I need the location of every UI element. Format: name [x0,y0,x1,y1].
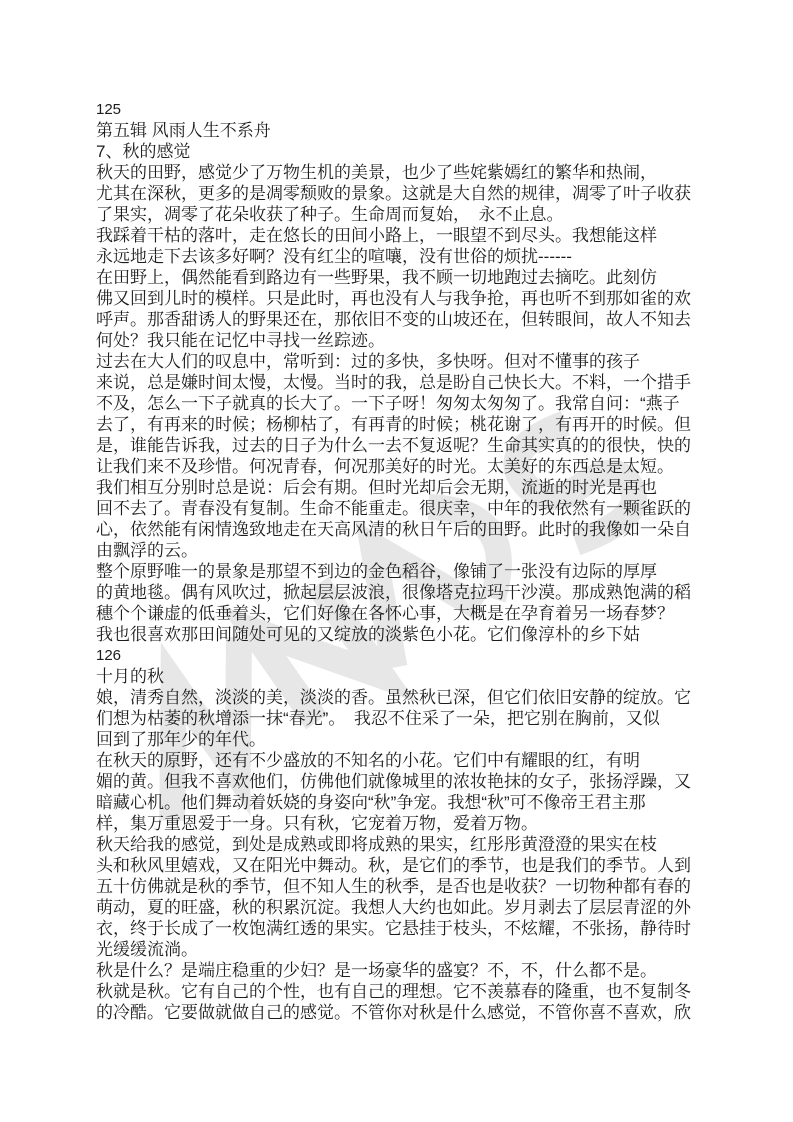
text-line: 心，依然能有闲情逸致地走在天高风清的秋日午后的田野。此时的我像如一朵自 [96,519,756,540]
page-number: 125 [96,99,756,120]
text-line: 样，集万重恩爱于一身。只有秋，它宠着万物，爱着万物。 [96,813,756,834]
article-title: 7、秋的感觉 [96,141,756,162]
text-line: 由飘浮的云。 [96,540,756,561]
text-line: 秋天的田野，感觉少了万物生机的美景，也少了些姹紫嫣红的繁华和热闹， [96,162,756,183]
text-line: 我们相互分别时总是说：后会有期。但时光却后会无期，流逝的时光是再也 [96,477,756,498]
text-line: 衣，终于长成了一枚饱满红透的果实。它悬挂于枝头，不炫耀，不张扬，静待时 [96,918,756,939]
document-page: 125第五辑 风雨人生不系舟7、秋的感觉秋天的田野，感觉少了万物生机的美景，也少… [0,0,793,1122]
section-title: 十月的秋 [96,666,756,687]
text-line: 穗个个谦虚的低垂着头，它们好像在各怀心事，大概是在孕育着另一场春梦？ [96,603,756,624]
text-line: 秋天给我的感觉，到处是成熟或即将成熟的果实，红彤彤黄澄澄的果实在枝 [96,834,756,855]
text-line: 在秋天的原野，还有不少盛放的不知名的小花。它们中有耀眼的红，有明 [96,750,756,771]
text-line: 我踩着干枯的落叶，走在悠长的田间小路上，一眼望不到尽头。我想能这样 [96,225,756,246]
text-line: 的冷酷。它要做就做自己的感觉。不管你对秋是什么感觉，不管你喜不喜欢，欣 [96,1002,756,1023]
text-line: 萌动，夏的旺盛，秋的积累沉淀。我想人大约也如此。岁月剥去了层层青涩的外 [96,897,756,918]
text-line: 秋就是秋。它有自己的个性，也有自己的理想。它不羡慕春的隆重，也不复制冬 [96,981,756,1002]
text-line: 了果实，凋零了花朵收获了种子。生命周而复始， 永不止息。 [96,204,756,225]
text-line: 过去在大人们的叹息中，常听到：过的多快，多快呀。但对不懂事的孩子 [96,351,756,372]
text-line: 佛又回到儿时的模样。只是此时，再也没有人与我争抢，再也听不到那如雀的欢 [96,288,756,309]
text-line: 尤其在深秋，更多的是凋零颓败的景象。这就是大自然的规律，凋零了叶子收获 [96,183,756,204]
text-line: 五十仿佛就是秋的季节，但不知人生的秋季，是否也是收获？一切物种都有春的 [96,876,756,897]
text-line: 头和秋风里嬉戏，又在阳光中舞动。秋，是它们的季节，也是我们的季节。人到 [96,855,756,876]
text-line: 我也很喜欢那田间随处可见的又绽放的淡紫色小花。它们像淳朴的乡下姑 [96,624,756,645]
text-line: 回到了那年少的年代。 [96,729,756,750]
text-line: 光缓缓流淌。 [96,939,756,960]
text-line: 永远地走下去该多好啊？没有红尘的喧嚷，没有世俗的烦扰------ [96,246,756,267]
text-line: 的黄地毯。偶有风吹过，掀起层层波浪，很像塔克拉玛干沙漠。那成熟饱满的稻 [96,582,756,603]
text-line: 在田野上，偶然能看到路边有一些野果，我不顾一切地跑过去摘吃。此刻仿 [96,267,756,288]
text-line: 呼声。那香甜诱人的野果还在，那依旧不变的山坡还在，但转眼间，故人不知去 [96,309,756,330]
text-line: 娘，清秀自然，淡淡的美，淡淡的香。虽然秋已深，但它们依旧安静的绽放。它 [96,687,756,708]
text-line: 去了，有再来的时候；杨柳枯了，有再青的时候；桃花谢了，有再开的时候。但 [96,414,756,435]
chapter-title: 第五辑 风雨人生不系舟 [96,120,756,141]
text-line: 整个原野唯一的景象是那望不到边的金色稻谷，像铺了一张没有边际的厚厚 [96,561,756,582]
text-line: 是，谁能告诉我，过去的日子为什么一去不复返呢？生命其实真的的很快，快的 [96,435,756,456]
page-number: 126 [96,645,756,666]
text-block: 125第五辑 风雨人生不系舟7、秋的感觉秋天的田野，感觉少了万物生机的美景，也少… [96,99,756,1023]
text-line: 秋是什么？是端庄稳重的少妇？是一场豪华的盛宴？不，不，什么都不是。 [96,960,756,981]
text-line: 让我们来不及珍惜。何况青春，何况那美好的时光。太美好的东西总是太短。 [96,456,756,477]
text-line: 何处？我只能在记忆中寻找一丝踪迹。 [96,330,756,351]
text-line: 媚的黄。但我不喜欢他们，仿佛他们就像城里的浓妆艳抹的女子，张扬浮躁，又 [96,771,756,792]
text-line: 回不去了。青春没有复制。生命不能重走。很庆幸，中年的我依然有一颗雀跃的 [96,498,756,519]
text-line: 不及，怎么一下子就真的长大了。一下子呀！匆匆太匆匆了。我常自问：“燕子 [96,393,756,414]
text-line: 来说，总是嫌时间太慢，太慢。当时的我，总是盼自己快长大。不料，一个措手 [96,372,756,393]
text-line: 们想为枯萎的秋增添一抹“春光”。 我忍不住采了一朵，把它别在胸前，又似 [96,708,756,729]
text-line: 暗藏心机。他们舞动着妖娆的身姿向“秋”争宠。我想“秋”可不像帝王君主那 [96,792,756,813]
